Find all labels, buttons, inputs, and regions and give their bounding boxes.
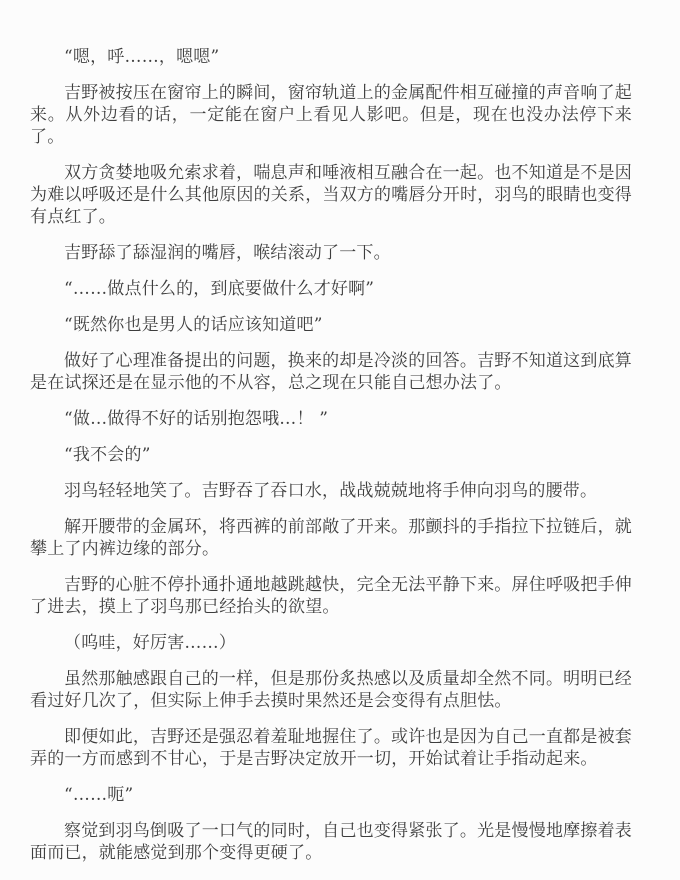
paragraph-dialogue: “我不会的” bbox=[30, 444, 632, 466]
paragraph-narration: 做好了心理准备提出的问题，换来的却是冷淡的回答。吉野不知道这到底算是在试探还是在… bbox=[30, 350, 632, 394]
paragraph-dialogue: “既然你也是男人的话应该知道吧” bbox=[30, 314, 632, 336]
scanned-page: “嗯，呼……，嗯嗯”吉野被按压在窗帘上的瞬间，窗帘轨道上的金属配件相互碰撞的声音… bbox=[0, 0, 680, 880]
paragraph-narration: 吉野被按压在窗帘上的瞬间，窗帘轨道上的金属配件相互碰撞的声音响了起来。从外边看的… bbox=[30, 82, 632, 148]
paragraph-dialogue: “做…做得不好的话别抱怨哦…！ ” bbox=[30, 408, 632, 430]
paragraph-narration: 察觉到羽鸟倒吸了一口气的同时，自己也变得紧张了。光是慢慢地摩擦着表面而已，就能感… bbox=[30, 820, 632, 864]
paragraph-dialogue: “嗯，呼……，嗯嗯” bbox=[30, 46, 632, 68]
paragraph-narration: 虽然那触感跟自己的一样，但是那份炙热感以及质量却全然不同。明明已经看过好几次了，… bbox=[30, 668, 632, 712]
paragraph-narration: 解开腰带的金属环，将西裤的前部敞了开来。那颤抖的手指拉下拉链后，就攀上了内裤边缘… bbox=[30, 516, 632, 560]
paragraph-dialogue: “……做点什么的，到底要做什么才好啊” bbox=[30, 278, 632, 300]
paragraph-narration: 吉野舔了舔湿润的嘴唇，喉结滚动了一下。 bbox=[30, 242, 632, 264]
paragraph-thought: （呜哇，好厉害……） bbox=[30, 632, 632, 654]
paragraph-narration: 吉野的心脏不停扑通扑通地越跳越快，完全无法平静下来。屏住呼吸把手伸了进去，摸上了… bbox=[30, 574, 632, 618]
paragraph-narration: 双方贪婪地吸允索求着，喘息声和唾液相互融合在一起。也不知道是不是因为难以呼吸还是… bbox=[30, 162, 632, 228]
paragraph-dialogue: “……呃” bbox=[30, 784, 632, 806]
paragraph-narration: 即便如此，吉野还是强忍着羞耻地握住了。或许也是因为自己一直都是被套弄的一方而感到… bbox=[30, 726, 632, 770]
paragraph-narration: 羽鸟轻轻地笑了。吉野吞了吞口水，战战兢兢地将手伸向羽鸟的腰带。 bbox=[30, 480, 632, 502]
text-content: “嗯，呼……，嗯嗯”吉野被按压在窗帘上的瞬间，窗帘轨道上的金属配件相互碰撞的声音… bbox=[30, 46, 632, 864]
